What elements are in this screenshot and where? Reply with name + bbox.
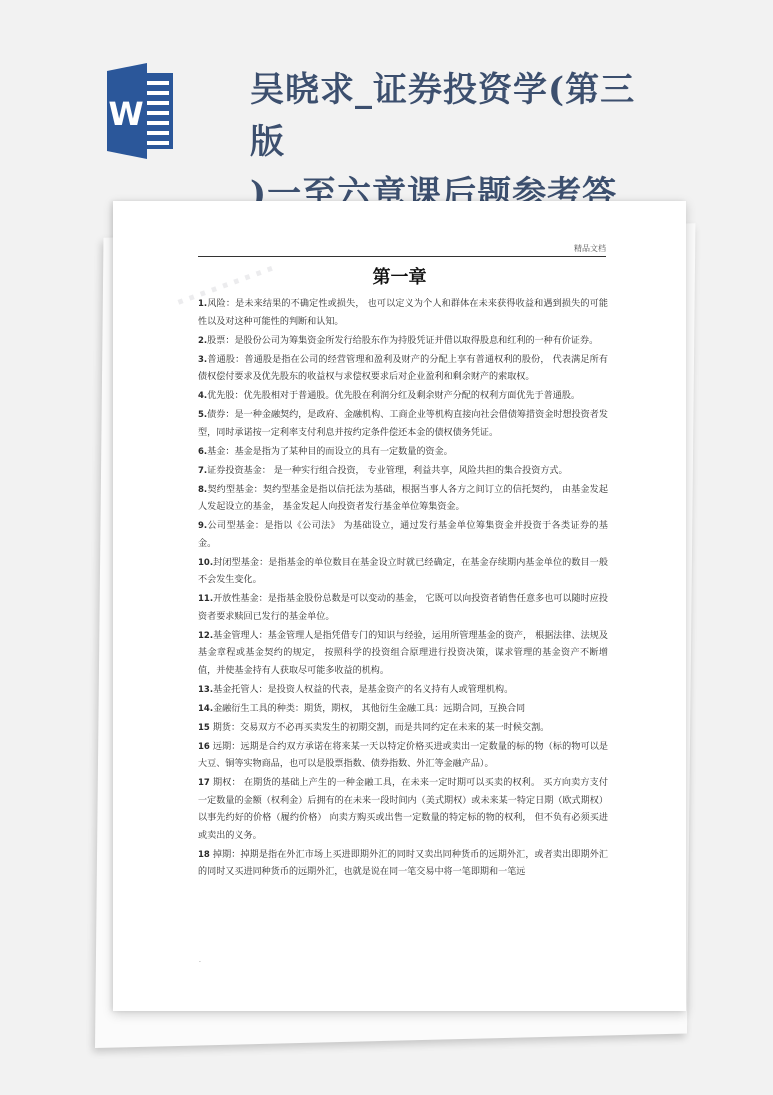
page-mark: · <box>199 959 201 966</box>
definition-entry: 6.基金：基金是指为了某种目的而设立的具有一定数量的资金。 <box>198 444 608 462</box>
definition-entry: 17 期权： 在期货的基础上产生的一种金融工具，在未来一定时期可以买卖的权利。 … <box>198 775 608 845</box>
definition-entry: 9.公司型基金：是指以《公司法》 为基础设立，通过发行基金单位筹集资金并投资于各… <box>198 518 608 553</box>
document-banner: W 吴晓求_证券投资学(第三版 )一至六章课后题参考答案 <box>0 0 773 190</box>
definition-entry: 18 掉期：掉期是指在外汇市场上买进即期外汇的同时又卖出同种货币的远期外汇，或者… <box>198 847 608 882</box>
definition-entry: 10.封闭型基金：是指基金的单位数目在基金设立时就已经确定，在基金存续期内基金单… <box>198 555 608 590</box>
definition-entry: 1.风险：是未来结果的不确定性或损失， 也可以定义为个人和群体在未来获得收益和遇… <box>198 296 608 331</box>
definition-entry: 13.基金托管人：是投资人权益的代表，是基金资产的名义持有人或管理机构。 <box>198 682 608 700</box>
definition-entry: 11.开放性基金：是指基金股份总数是可以变动的基金， 它既可以向投资者销售任意多… <box>198 591 608 626</box>
definition-entry: 15 期货：交易双方不必再买卖发生的初期交割，而是共同约定在未来的某一时候交割。 <box>198 720 608 738</box>
document-page: ········· 精品文档 第一章 1.风险：是未来结果的不确定性或损失， 也… <box>113 201 686 1011</box>
definitions-list: 1.风险：是未来结果的不确定性或损失， 也可以定义为个人和群体在未来获得收益和遇… <box>198 296 608 883</box>
chapter-title: 第一章 <box>113 263 686 289</box>
header-rule <box>198 256 606 257</box>
header-note: 精品文档 <box>574 243 606 254</box>
definition-entry: 14.金融衍生工具的种类：期货，期权， 其他衍生金融工具：远期合同，互换合同 <box>198 701 608 719</box>
title-line-1: 吴晓求_证券投资学(第三版 <box>250 70 635 162</box>
definition-entry: 5.债券：是一种金融契约，是政府、金融机构、工商企业等机构直接向社会借债筹措资金… <box>198 407 608 442</box>
definition-entry: 4.优先股：优先股相对于普通股。优先股在利润分红及剩余财产分配的权利方面优先于普… <box>198 388 608 406</box>
svg-text:W: W <box>108 95 143 133</box>
definition-entry: 16 远期：远期是合约双方承诺在将来某一天以特定价格买进或卖出一定数量的标的物（… <box>198 739 608 774</box>
definition-entry: 3.普通股：普通股是指在公司的经营管理和盈利及财产的分配上享有普通权利的股份， … <box>198 352 608 387</box>
definition-entry: 12.基金管理人：基金管理人是指凭借专门的知识与经验，运用所管理基金的资产， 根… <box>198 628 608 681</box>
word-document-icon: W <box>107 63 175 159</box>
definition-entry: 2.股票：是股份公司为筹集资金所发行给股东作为持股凭证并借以取得股息和红利的一种… <box>198 333 608 351</box>
definition-entry: 7.证券投资基金： 是一种实行组合投资， 专业管理，利益共享，风险共担的集合投资… <box>198 463 608 481</box>
definition-entry: 8.契约型基金：契约型基金是指以信托法为基础，根据当事人各方之间订立的信托契约，… <box>198 482 608 517</box>
